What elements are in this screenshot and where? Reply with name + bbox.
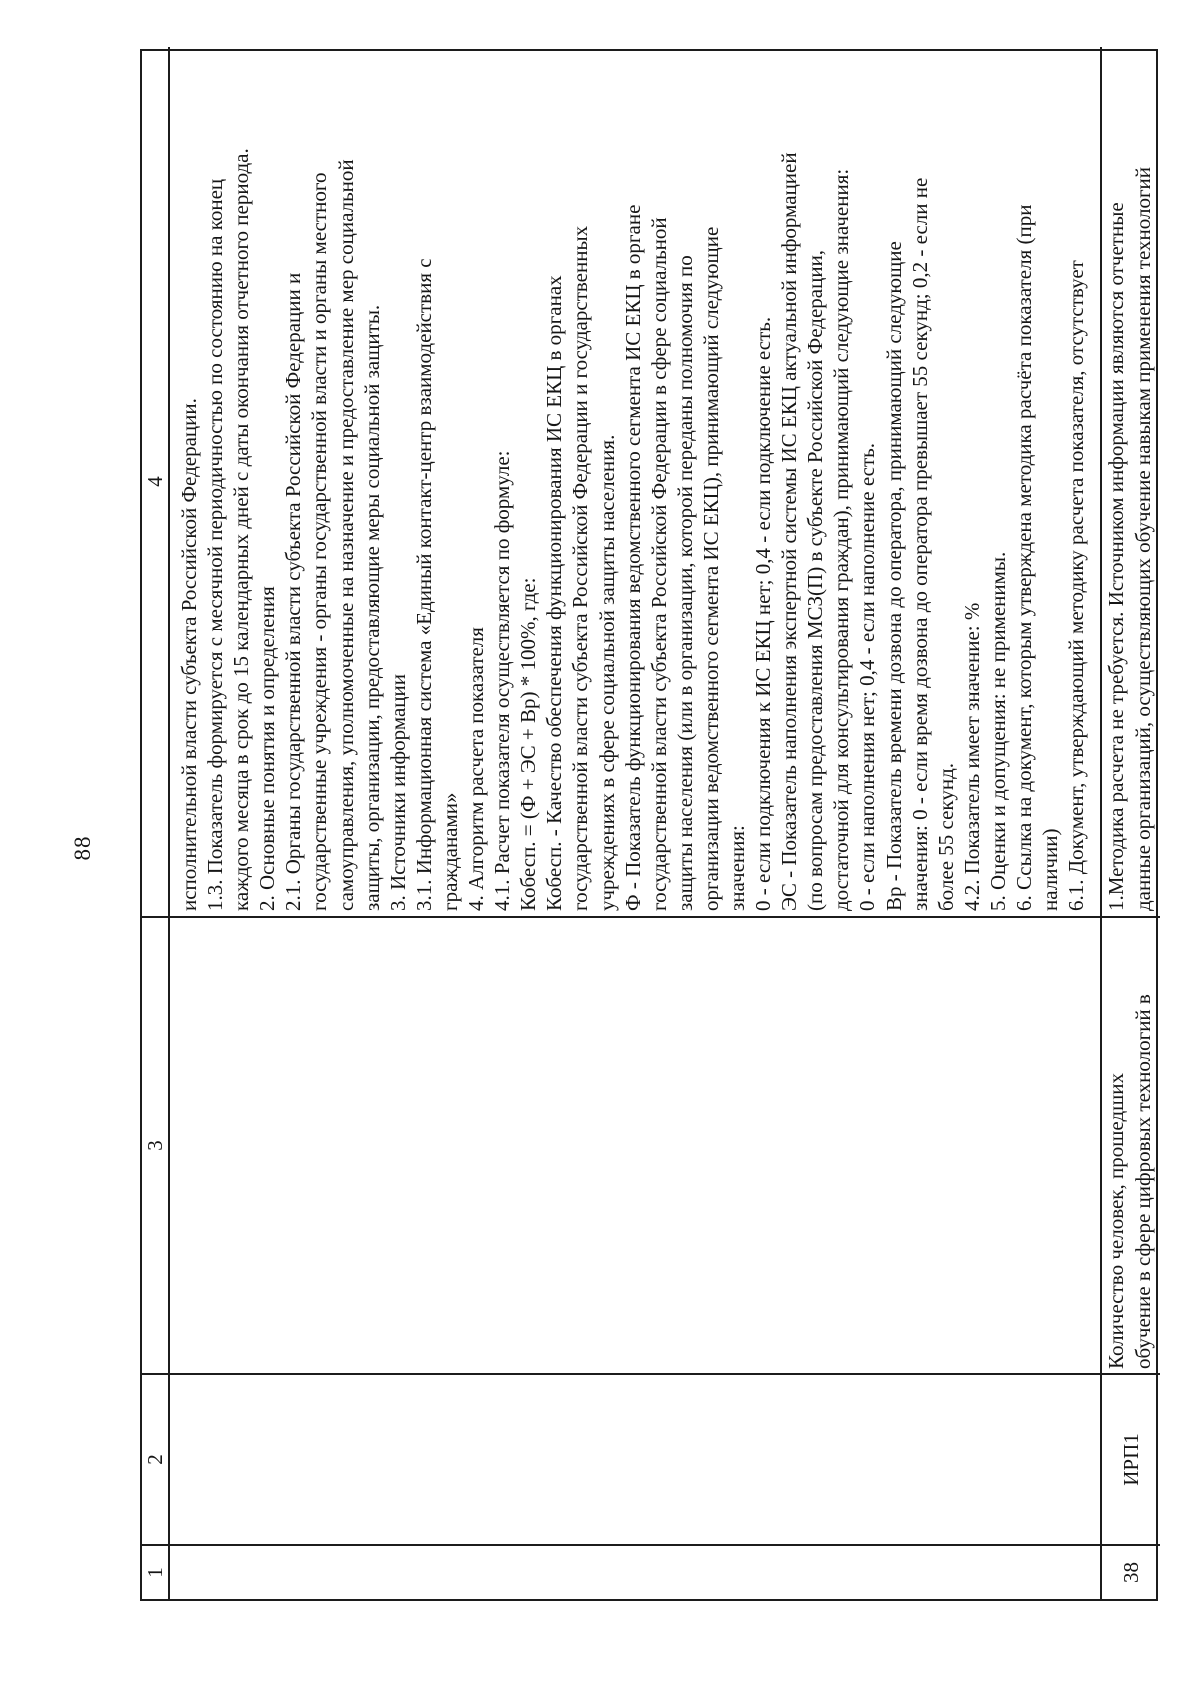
- text-line: государственные учреждения - органы госу…: [306, 49, 332, 911]
- cell-row1-method: исполнительной власти субъекта Российско…: [170, 47, 1102, 916]
- cell-row38-number: 38: [1102, 1544, 1160, 1599]
- text-line: каждого месяца в срок до 15 календарных …: [228, 49, 254, 911]
- text-line: государственной власти субъекта Российск…: [567, 49, 593, 911]
- text-line: 0 - если подключения к ИС ЕКЦ нет; 0,4 -…: [750, 49, 776, 911]
- text-line: 4.2. Показатель имеет значение: %: [959, 49, 985, 911]
- text-line: Кобесп. - Качество обеспечения функциони…: [541, 49, 567, 911]
- text-line: Вр - Показатель времени дозвона до опера…: [881, 49, 907, 911]
- text-line: 3. Источники информации: [385, 49, 411, 911]
- text-line: гражданами»: [437, 49, 463, 911]
- column-header-4: 4: [142, 47, 170, 916]
- text-line: данные организаций, осуществляющих обуче…: [1130, 49, 1157, 911]
- column-header-1: 1: [142, 1544, 170, 1599]
- document-sheet: 88 1 2 3 4 исполнительной власти субъект…: [0, 0, 1200, 1696]
- text-line: наличии): [1037, 49, 1063, 911]
- text-line: 6.1. Документ, утверждающий методику рас…: [1063, 49, 1089, 911]
- cell-row38-method: 1.Методика расчета не требуется. Источни…: [1102, 47, 1160, 916]
- cell-row38-code: ИРП1: [1102, 1373, 1160, 1544]
- text-line: 2. Основные понятия и определения: [254, 49, 280, 911]
- text-line: исполнительной власти субъекта Российско…: [176, 49, 202, 911]
- text-line: защиты населения (или в организации, кот…: [672, 49, 698, 911]
- cell-row1-code: [170, 1373, 1102, 1544]
- text-line: достаточной для консультирования граждан…: [828, 49, 854, 911]
- indicator-table: 1 2 3 4 исполнительной власти субъекта Р…: [140, 49, 1158, 1601]
- text-line: Кобесп. = (Ф + ЭС + Вр) * 100%, где:: [515, 49, 541, 911]
- text-line: ЭС - Показатель наполнения экспертной си…: [776, 49, 802, 911]
- column-header-2: 2: [142, 1373, 170, 1544]
- text-line: 6. Ссылка на документ, которым утвержден…: [1011, 49, 1037, 911]
- text-line: учреждениях в сфере социальной защиты на…: [594, 49, 620, 911]
- cell-row1-name: [170, 916, 1102, 1373]
- text-line: 4. Алгоритм расчета показателя: [463, 49, 489, 911]
- scanned-page: 88 1 2 3 4 исполнительной власти субъект…: [0, 0, 1200, 1696]
- text-line: обучение в сфере цифровых технологий в: [1130, 920, 1157, 1369]
- text-line: 4.1. Расчет показателя осуществляется по…: [489, 49, 515, 911]
- text-line: 1.Методика расчета не требуется. Источни…: [1103, 49, 1130, 911]
- cell-row1-number: [170, 1544, 1102, 1599]
- text-line: значения: 0 - если время дозвона до опер…: [907, 49, 933, 911]
- text-line: (по вопросам предоставления МСЗ(П) в суб…: [802, 49, 828, 911]
- text-line: защиты, организации, предоставляющие мер…: [359, 49, 385, 911]
- text-line: самоуправления, уполномоченные на назнач…: [333, 49, 359, 911]
- text-line: организации ведомственного сегмента ИС Е…: [698, 49, 724, 911]
- text-line: значения:: [724, 49, 750, 911]
- text-line: 0 - если наполнения нет; 0,4 - если напо…: [854, 49, 880, 911]
- text-line: Количество человек, прошедших: [1103, 920, 1130, 1369]
- cell-row38-name: Количество человек, прошедшихобучение в …: [1102, 916, 1160, 1373]
- text-line: более 55 секунд.: [933, 49, 959, 911]
- text-line: государственной власти субъекта Российск…: [646, 49, 672, 911]
- column-header-3: 3: [142, 916, 170, 1373]
- text-line: 3.1. Информационная система «Единый конт…: [411, 49, 437, 911]
- page-number: 88: [70, 0, 96, 1696]
- text-line: 2.1. Органы государственной власти субъе…: [280, 49, 306, 911]
- text-line: Ф - Показатель функционирования ведомств…: [620, 49, 646, 911]
- text-line: 1.3. Показатель формируется с месячной п…: [202, 49, 228, 911]
- text-line: 5. Оценки и допущения: не применимы.: [985, 49, 1011, 911]
